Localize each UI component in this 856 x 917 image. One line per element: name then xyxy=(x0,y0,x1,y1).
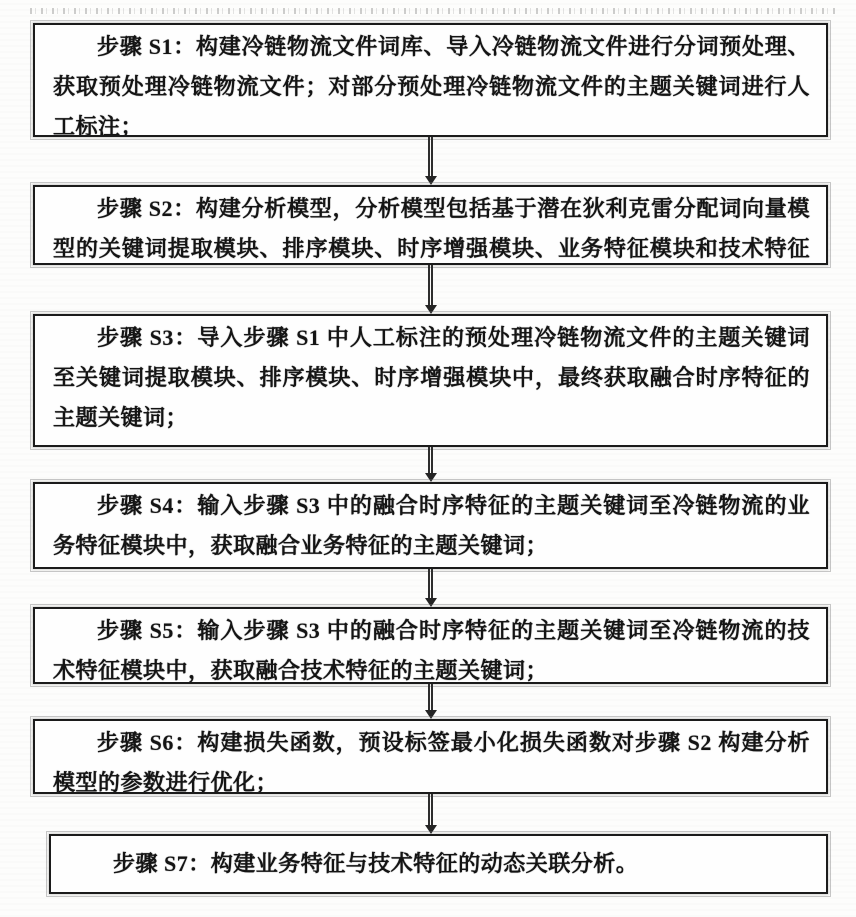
step-box-s3: 步骤 S3：导入步骤 S1 中人工标注的预处理冷链物流文件的主题关键词至关键词提… xyxy=(33,314,828,447)
connector-s3-s4 xyxy=(421,447,441,482)
connector-s4-s5 xyxy=(421,569,441,607)
arrow-down-icon xyxy=(425,825,437,834)
step-box-s4: 步骤 S4：输入步骤 S3 中的融合时序特征的主题关键词至冷链物流的业务特征模块… xyxy=(33,482,828,569)
connector-s1-s2 xyxy=(421,137,441,185)
connector-s6-s7 xyxy=(421,794,441,834)
step-text-s1: 步骤 S1：构建冷链物流文件词库、导入冷链物流文件进行分词预处理、获取预处理冷链… xyxy=(53,27,810,137)
patent-flowchart-figure: 步骤 S1：构建冷链物流文件词库、导入冷链物流文件进行分词预处理、获取预处理冷链… xyxy=(0,0,856,917)
step-text-s2: 步骤 S2：构建分析模型，分析模型包括基于潜在狄利克雷分配词向量模型的关键词提取… xyxy=(53,189,810,265)
step-text-s4: 步骤 S4：输入步骤 S3 中的融合时序特征的主题关键词至冷链物流的业务特征模块… xyxy=(53,486,810,566)
step-box-s5: 步骤 S5：输入步骤 S3 中的融合时序特征的主题关键词至冷链物流的技术特征模块… xyxy=(33,607,828,684)
arrow-shaft xyxy=(428,447,433,474)
step-text-s5: 步骤 S5：输入步骤 S3 中的融合时序特征的主题关键词至冷链物流的技术特征模块… xyxy=(53,611,810,684)
connector-s5-s6 xyxy=(421,684,441,719)
step-text-s3: 步骤 S3：导入步骤 S1 中人工标注的预处理冷链物流文件的主题关键词至关键词提… xyxy=(53,318,810,438)
arrow-shaft xyxy=(428,137,433,177)
scan-noise-band xyxy=(30,8,836,14)
step-text-s7: 步骤 S7：构建业务特征与技术特征的动态关联分析。 xyxy=(69,844,810,884)
step-box-s7: 步骤 S7：构建业务特征与技术特征的动态关联分析。 xyxy=(49,834,828,894)
step-box-s2: 步骤 S2：构建分析模型，分析模型包括基于潜在狄利克雷分配词向量模型的关键词提取… xyxy=(33,185,828,265)
step-box-s1: 步骤 S1：构建冷链物流文件词库、导入冷链物流文件进行分词预处理、获取预处理冷链… xyxy=(33,23,828,137)
arrow-down-icon xyxy=(425,305,437,314)
step-text-s6: 步骤 S6：构建损失函数，预设标签最小化损失函数对步骤 S2 构建分析模型的参数… xyxy=(53,723,810,794)
arrow-down-icon xyxy=(425,473,437,482)
arrow-down-icon xyxy=(425,598,437,607)
step-box-s6: 步骤 S6：构建损失函数，预设标签最小化损失函数对步骤 S2 构建分析模型的参数… xyxy=(33,719,828,794)
arrow-shaft xyxy=(428,569,433,599)
arrow-shaft xyxy=(428,794,433,826)
arrow-shaft xyxy=(428,684,433,711)
arrow-down-icon xyxy=(425,176,437,185)
arrow-shaft xyxy=(428,265,433,306)
arrow-down-icon xyxy=(425,710,437,719)
connector-s2-s3 xyxy=(421,265,441,314)
flowchart: 步骤 S1：构建冷链物流文件词库、导入冷链物流文件进行分词预处理、获取预处理冷链… xyxy=(33,23,828,894)
